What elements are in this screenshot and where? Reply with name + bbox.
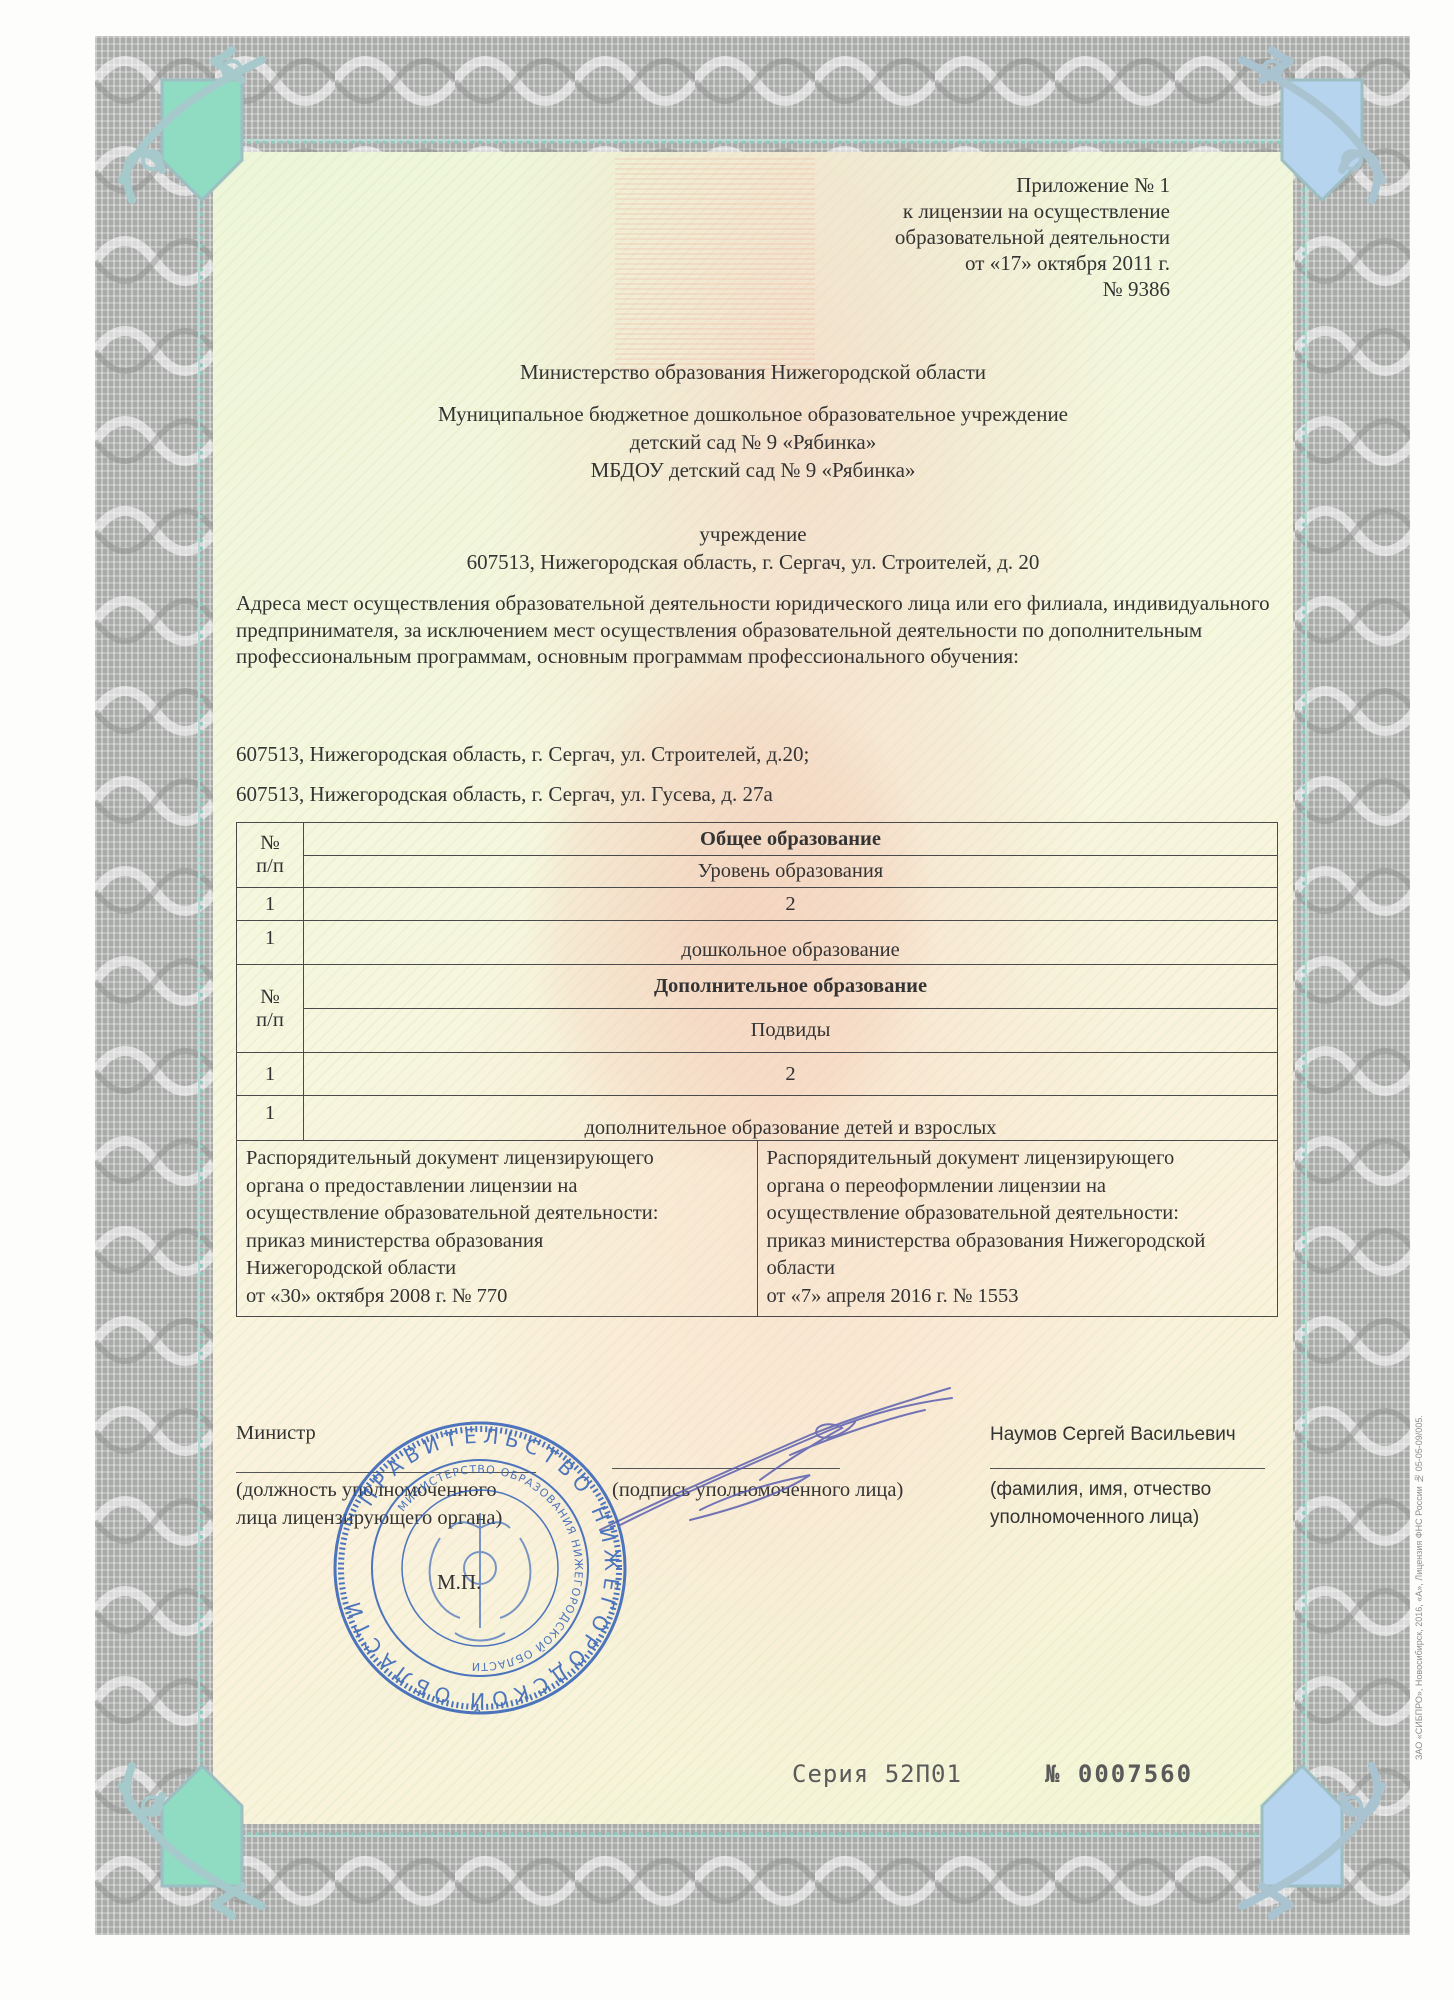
signer-name: Наумов Сергей Васильевич	[990, 1424, 1236, 1446]
table-row: 1 2	[237, 888, 1278, 921]
watermark-stripes	[615, 155, 815, 370]
name-underline	[990, 1468, 1265, 1469]
num-header: № п/п	[237, 965, 304, 1053]
section-subtitle-additional: Подвиды	[304, 1009, 1278, 1053]
row-number: 1	[237, 1096, 304, 1141]
appendix-line: к лицензии на осуществление	[895, 198, 1170, 224]
table-row: Уровень образования	[237, 856, 1278, 888]
section-title-general: Общее образование	[304, 823, 1278, 856]
license-orders-table: Распорядительный документ лицензирующего…	[236, 1140, 1278, 1317]
table-row: 1 дополнительное образование детей и взр…	[237, 1096, 1278, 1141]
places-intro: Адреса мест осуществления образовательно…	[236, 590, 1276, 670]
corner-ornament-top-left	[92, 30, 292, 230]
column-number: 1	[237, 888, 304, 921]
section-subtitle-general: Уровень образования	[304, 856, 1278, 888]
stamp-inner-text: МИНИСТЕРСТВО ОБРАЗОВАНИЯ НИЖЕГОРОДСКОЙ О…	[395, 1463, 585, 1673]
issuing-authority: Министерство образования Нижегородской о…	[213, 360, 1293, 385]
license-number: № 9386	[895, 276, 1170, 302]
organization-type: учреждение	[213, 522, 1293, 547]
education-types-table: № п/п Общее образование Уровень образова…	[236, 822, 1278, 1141]
table-row: Распорядительный документ лицензирующего…	[237, 1141, 1278, 1317]
organization-full-name-line1: Муниципальное бюджетное дошкольное образ…	[213, 400, 1293, 428]
num-header: № п/п	[237, 823, 304, 888]
grant-order-cell: Распорядительный документ лицензирующего…	[237, 1141, 758, 1317]
form-series: Серия 52П01	[792, 1760, 962, 1788]
corner-ornament-bottom-right	[1212, 1736, 1412, 1936]
appendix-line: образовательной деятельности	[895, 224, 1170, 250]
reissue-order-cell: Распорядительный документ лицензирующего…	[757, 1141, 1278, 1317]
reissue-order-date: от «7» апреля 2016 г. № 1553	[767, 1283, 1270, 1311]
place-address: 607513, Нижегородская область, г. Сергач…	[236, 782, 773, 807]
grant-order-date: от «30» октября 2008 г. № 770	[246, 1283, 749, 1311]
seal-mark: М.П.	[437, 1570, 481, 1595]
appendix-title: Приложение № 1	[895, 172, 1170, 198]
education-level: дошкольное образование	[304, 921, 1278, 965]
row-number: 1	[237, 921, 304, 965]
organization-name: Муниципальное бюджетное дошкольное образ…	[213, 400, 1293, 484]
table-row: 1 дошкольное образование	[237, 921, 1278, 965]
organization-address: 607513, Нижегородская область, г. Сергач…	[213, 550, 1293, 575]
signer-position: Министр	[236, 1422, 316, 1445]
form-number: № 0007560	[1045, 1760, 1193, 1788]
column-number: 2	[304, 1053, 1278, 1096]
svg-text:МИНИСТЕРСТВО ОБРАЗОВАНИЯ НИЖЕГ: МИНИСТЕРСТВО ОБРАЗОВАНИЯ НИЖЕГОРОДСКОЙ О…	[395, 1463, 585, 1673]
column-number: 1	[237, 1053, 304, 1096]
corner-ornament-bottom-left	[92, 1736, 292, 1936]
education-subtype: дополнительное образование детей и взрос…	[304, 1096, 1278, 1141]
table-row: № п/п Дополнительное образование	[237, 965, 1278, 1009]
section-title-additional: Дополнительное образование	[304, 965, 1278, 1009]
handwritten-signature	[580, 1380, 960, 1540]
appendix-header: Приложение № 1 к лицензии на осуществлен…	[895, 172, 1170, 302]
license-date: от «17» октября 2011 г.	[895, 250, 1170, 276]
printer-imprint: ЗАО «СИБПРО», Новосибирск, 2016, «А», Ли…	[1414, 1390, 1434, 1760]
table-row: № п/п Общее образование	[237, 823, 1278, 856]
column-number: 2	[304, 888, 1278, 921]
name-caption: (фамилия, имя, отчество уполномоченного …	[990, 1476, 1211, 1532]
place-address: 607513, Нижегородская область, г. Сергач…	[236, 742, 809, 767]
table-row: Подвиды	[237, 1009, 1278, 1053]
organization-full-name-line2: детский сад № 9 «Рябинка»	[213, 428, 1293, 456]
organization-short-name: МБДОУ детский сад № 9 «Рябинка»	[213, 456, 1293, 484]
table-row: 1 2	[237, 1053, 1278, 1096]
corner-ornament-top-right	[1212, 30, 1412, 230]
